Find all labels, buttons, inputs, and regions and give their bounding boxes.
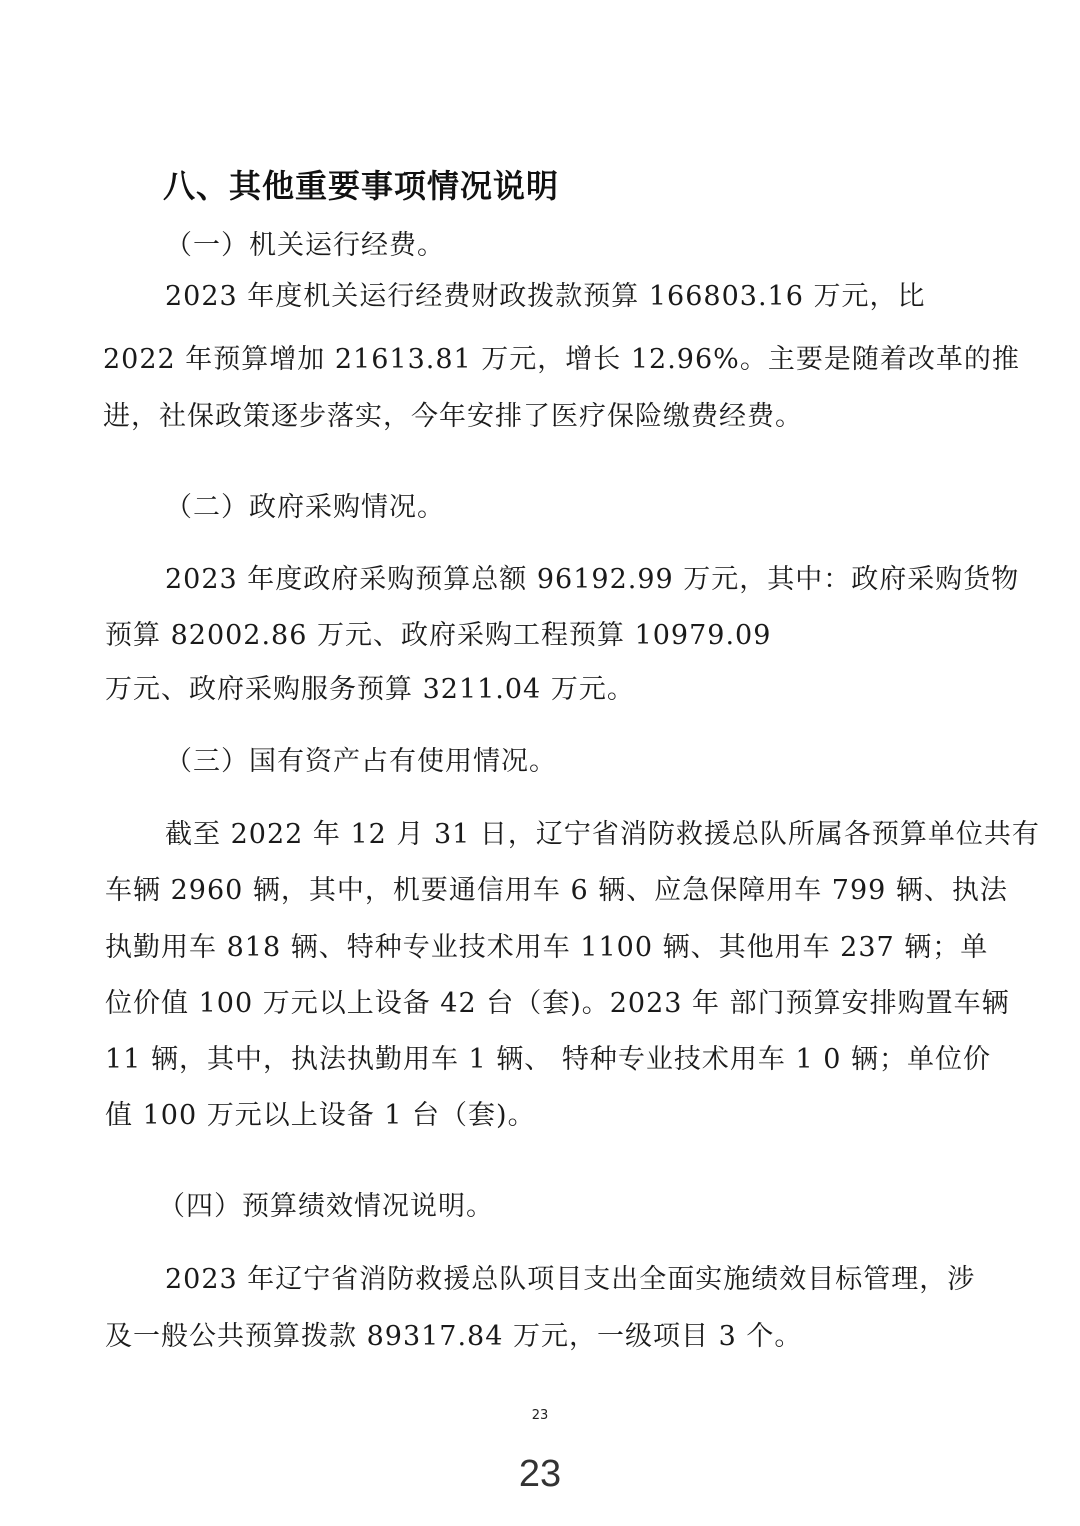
paragraph-line: 位价值 100 万元以上设备 42 台（套)。2023 年 部门预算安排购置车辆 — [105, 987, 1010, 1021]
subsection-heading-1: （一）机关运行经费。 — [165, 229, 445, 263]
paragraph-line: 预算 82002.86 万元、政府采购工程预算 10979.09 — [105, 619, 771, 653]
paragraph-line: 11 辆，其中，执法执勤用车 1 辆、 特种专业技术用车 1 0 辆；单位价 — [105, 1043, 991, 1077]
paragraph-line: 进，社保政策逐步落实，今年安排了医疗保险缴费经费。 — [103, 400, 803, 434]
paragraph-line: 截至 2022 年 12 月 31 日，辽宁省消防救援总队所属各预算单位共有 — [165, 818, 1040, 852]
page-number-small: 23 — [0, 1408, 1080, 1424]
document-page: 八、其他重要事项情况说明 （一）机关运行经费。 2023 年度机关运行经费财政拨… — [0, 0, 1080, 1526]
paragraph-line: 执勤用车 818 辆、特种专业技术用车 1100 辆、其他用车 237 辆；单 — [105, 931, 988, 965]
subsection-heading-4: （四）预算绩效情况说明。 — [158, 1190, 494, 1224]
section-title: 八、其他重要事项情况说明 — [163, 166, 559, 206]
page-number-large: 23 — [0, 1452, 1080, 1496]
paragraph-line: 2023 年度机关运行经费财政拨款预算 166803.16 万元，比 — [165, 280, 925, 314]
paragraph-line: 及一般公共预算拨款 89317.84 万元，一级项目 3 个。 — [105, 1320, 802, 1354]
paragraph-line: 2023 年度政府采购预算总额 96192.99 万元，其中：政府采购货物 — [165, 563, 1019, 597]
paragraph-line: 值 100 万元以上设备 1 台（套)。 — [105, 1099, 536, 1133]
paragraph-line: 2022 年预算增加 21613.81 万元，增长 12.96%。主要是随着改革… — [103, 343, 1020, 377]
subsection-heading-3: （三）国有资产占有使用情况。 — [165, 745, 557, 779]
paragraph-line: 2023 年辽宁省消防救援总队项目支出全面实施绩效目标管理，涉 — [165, 1263, 975, 1297]
paragraph-line: 万元、政府采购服务预算 3211.04 万元。 — [105, 673, 635, 707]
paragraph-line: 车辆 2960 辆，其中，机要通信用车 6 辆、应急保障用车 799 辆、执法 — [105, 874, 1008, 908]
subsection-heading-2: （二）政府采购情况。 — [165, 491, 445, 525]
